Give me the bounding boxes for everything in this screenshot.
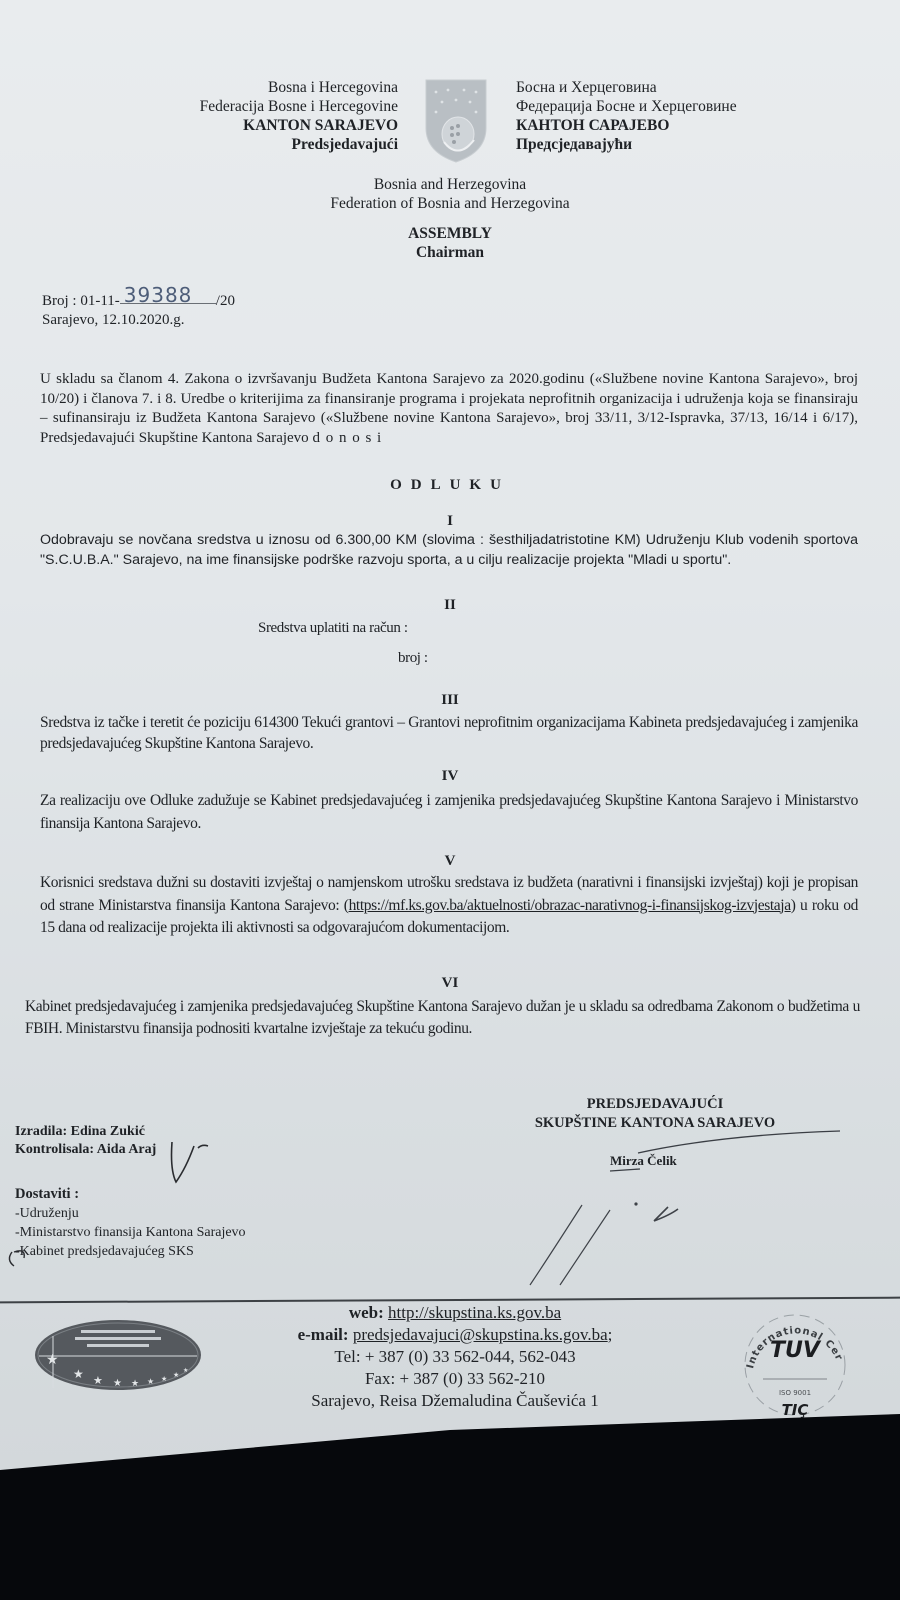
section-vi-text: Kabinet predsjedavajućeg i zamjenika pre… — [25, 996, 860, 1040]
distribution-title: Dostaviti : — [15, 1185, 246, 1204]
web-label: web: — [349, 1303, 384, 1322]
assembly-emblem-icon: ★ ★ ★ ★ ★ ★ ★ ★ ★ — [33, 1318, 203, 1392]
distribution-item: -Udruženju — [15, 1204, 246, 1223]
letterhead-cyrillic: Босна и Херцеговина Федерација Босне и Х… — [516, 78, 836, 154]
controlled-by: Kontrolisala: Aida Araj — [15, 1141, 156, 1159]
fax-line: Fax: + 387 (0) 33 562-210 — [220, 1368, 690, 1390]
handwritten-number: 39388 — [120, 287, 216, 304]
coat-of-arms-icon — [424, 78, 488, 164]
federation-english: Federation of Bosnia and Herzegovina — [250, 194, 650, 213]
seal-bottom: TIÇ — [782, 1401, 809, 1419]
preamble: U skladu sa članom 4. Zakona o izvršavan… — [40, 370, 858, 448]
reference-block: Broj : 01-11-39388/20 Sarajevo, 12.10.20… — [42, 290, 235, 330]
document-page: Bosna i Hercegovina Federacija Bosne i H… — [0, 0, 900, 1470]
reference-suffix: /20 — [216, 293, 235, 309]
section-number-vi: VI — [0, 975, 900, 992]
email-link[interactable]: predsjedavajuci@skupstina.ks.gov.ba — [353, 1325, 608, 1344]
prepared-by-block: Izradila: Edina Zukić Kontrolisala: Aida… — [15, 1123, 156, 1159]
section-i-text: Odobravaju se novčana sredstva u iznosu … — [40, 530, 858, 570]
prepared-by: Izradila: Edina Zukić — [15, 1123, 156, 1141]
svg-text:★: ★ — [183, 1367, 188, 1374]
email-suffix: ; — [608, 1325, 613, 1344]
reference-number: Broj : 01-11-39388/20 — [42, 290, 235, 311]
svg-text:★: ★ — [161, 1375, 167, 1383]
seal-brand: TUV — [770, 1338, 822, 1363]
section-number-iv: IV — [0, 768, 900, 785]
signature-icon — [510, 1125, 840, 1295]
account-label: Sredstva uplatiti na račun : — [258, 620, 408, 637]
federation-latin: Federacija Bosne i Hercegovine — [150, 97, 398, 116]
svg-text:★: ★ — [46, 1352, 59, 1368]
section-number-v: V — [0, 853, 900, 870]
tuv-certification-seal-icon: International Certif TUV ISO 9001 TIÇ — [735, 1303, 855, 1423]
account-number-label: broj : — [398, 650, 428, 667]
section-number-i: I — [0, 513, 900, 530]
svg-text:★: ★ — [93, 1374, 103, 1387]
office-cyrillic: Предсједавајући — [516, 135, 836, 154]
distribution-item: -Ministarstvo finansija Kantona Sarajevo — [15, 1223, 246, 1242]
email-line: e-mail: predsjedavajuci@skupstina.ks.gov… — [220, 1324, 690, 1346]
address-line: Sarajevo, Reisa Džemaludina Čauševića 1 — [220, 1390, 690, 1412]
svg-text:★: ★ — [73, 1367, 84, 1381]
preamble-text: U skladu sa članom 4. Zakona o izvršavan… — [40, 371, 858, 446]
office-latin: Predsjedavajući — [150, 135, 398, 154]
section-number-iii: III — [0, 692, 900, 709]
chairman-label: Chairman — [250, 243, 650, 262]
federation-cyrillic: Федерација Босне и Херцеговине — [516, 97, 836, 116]
section-iv-text: Za realizaciju ove Odluke zadužuje se Ka… — [40, 789, 858, 835]
website-link[interactable]: http://skupstina.ks.gov.ba — [388, 1303, 561, 1322]
svg-text:★: ★ — [173, 1371, 179, 1379]
letterhead-english: Bosnia and Herzegovina Federation of Bos… — [250, 175, 650, 213]
canton-cyrillic: КАНТОН САРАЈЕВО — [516, 116, 836, 135]
email-label: e-mail: — [298, 1325, 349, 1344]
svg-text:★: ★ — [147, 1377, 154, 1386]
distribution-block: Dostaviti : -Udruženju -Ministarstvo fin… — [15, 1185, 246, 1261]
letterhead-latin: Bosna i Hercegovina Federacija Bosne i H… — [150, 78, 398, 154]
report-form-link[interactable]: https://mf.ks.gov.ba/aktuelnosti/obrazac… — [349, 897, 791, 914]
seal-standard: ISO 9001 — [779, 1389, 811, 1397]
reference-prefix: Broj : 01-11- — [42, 293, 120, 309]
initials-signature-icon — [168, 1140, 218, 1190]
check-mark-icon — [6, 1246, 32, 1270]
decision-title: ODLUKU — [0, 477, 900, 494]
place-date: Sarajevo, 12.10.2020.g. — [42, 311, 235, 330]
web-line: web: http://skupstina.ks.gov.ba — [220, 1302, 690, 1324]
section-number-ii: II — [0, 597, 900, 614]
signatory-title-line1: PREDSJEDAVAJUĆI — [520, 1095, 790, 1114]
svg-text:★: ★ — [131, 1379, 139, 1389]
section-v-text: Korisnici sredstava dužni su dostaviti i… — [40, 872, 858, 940]
section-iii-text: Sredstva iz tačke i teretit će poziciju … — [40, 712, 858, 754]
country-cyrillic: Босна и Херцеговина — [516, 78, 836, 97]
distribution-item: -Kabinet predsjedavajućeg SKS — [15, 1242, 246, 1261]
preamble-end: d o n o s i — [312, 430, 382, 446]
assembly-label: ASSEMBLY — [250, 224, 650, 243]
svg-text:★: ★ — [113, 1378, 122, 1389]
country-latin: Bosna i Hercegovina — [150, 78, 398, 97]
country-english: Bosnia and Herzegovina — [250, 175, 650, 194]
phone-line: Tel: + 387 (0) 33 562-044, 562-043 — [220, 1346, 690, 1368]
assembly-heading: ASSEMBLY Chairman — [250, 224, 650, 262]
canton-latin: KANTON SARAJEVO — [150, 116, 398, 135]
contact-block: web: http://skupstina.ks.gov.ba e-mail: … — [220, 1302, 690, 1412]
